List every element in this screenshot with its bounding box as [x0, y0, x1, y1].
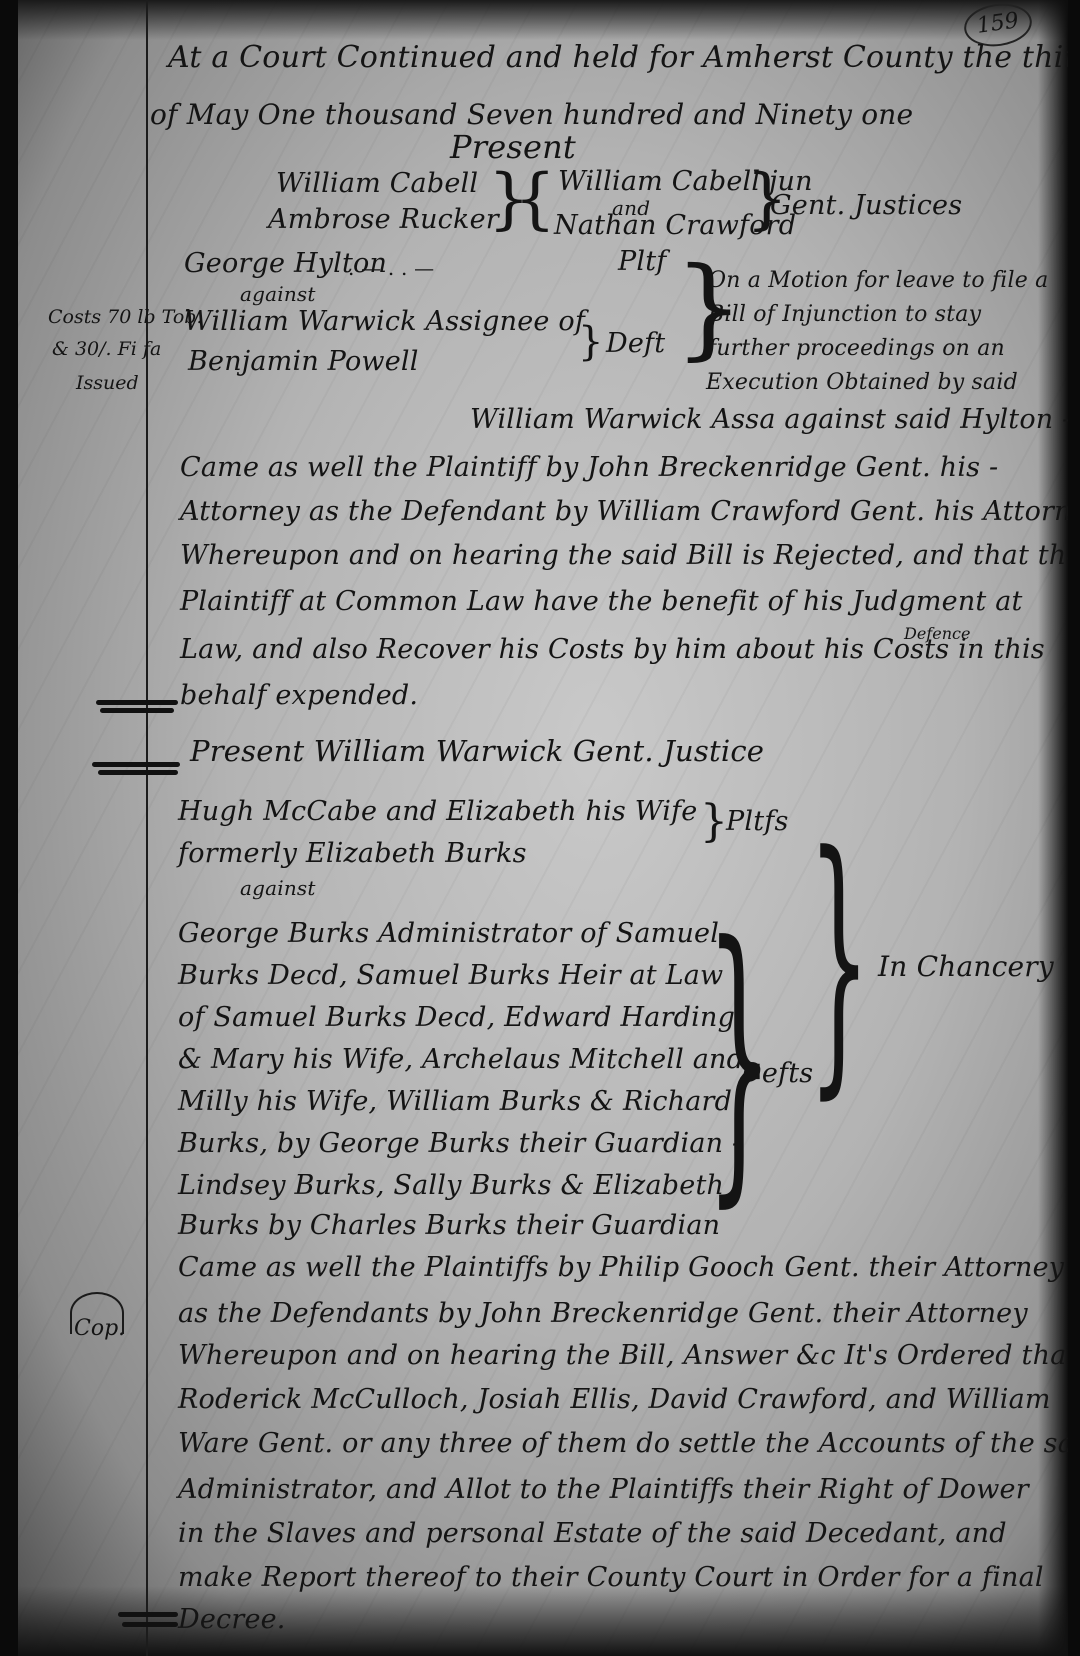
case2-plaintiff-1: Hugh McCabe and Elizabeth his Wife	[178, 796, 697, 827]
margin-note-copy-loop	[70, 1292, 124, 1334]
case2-plaintiff-label: Pltfs	[726, 806, 789, 837]
case2-body-6: Administrator, and Allot to the Plaintif…	[178, 1474, 1029, 1505]
case2-body-3: Whereupon and on hearing the Bill, Answe…	[178, 1340, 1068, 1371]
case1-body-4: Plaintiff at Common Law have the benefit…	[180, 586, 1023, 617]
case2-defendant-3: of Samuel Burks Decd, Edward Harding	[178, 1002, 735, 1033]
section-divider-2a	[92, 762, 180, 767]
case2-body-2: as the Defendants by John Breckenridge G…	[178, 1298, 1028, 1329]
case1-motion-4: Execution Obtained by said	[706, 370, 1018, 395]
scan-shadow-top	[18, 0, 1068, 40]
section-divider-1b	[100, 708, 174, 713]
case1-plaintiff-label: Pltf	[618, 246, 666, 277]
brace-case2-chancery: }	[808, 820, 870, 1100]
case1-motion-3: further proceedings on an	[708, 336, 1005, 361]
section-divider-2b	[98, 770, 178, 775]
case2-body-8: make Report thereof to their County Cour…	[178, 1562, 1044, 1593]
case2-defendant-2: Burks Decd, Samuel Burks Heir at Law	[178, 960, 723, 991]
justice-2: Ambrose Rucker	[268, 204, 499, 235]
case2-body-4: Roderick McCulloch, Josiah Ellis, David …	[178, 1384, 1051, 1415]
case1-motion-continued: William Warwick Assa against said Hylton…	[470, 404, 1068, 435]
case2-defendant-1: George Burks Administrator of Samuel	[178, 918, 719, 949]
case2-defendant-6: Burks, by George Burks their Guardian -	[178, 1128, 741, 1159]
case1-defendant-label: Deft	[606, 328, 665, 359]
case1-body-5: Law, and also Recover his Costs by him a…	[180, 634, 1045, 665]
case2-body-5: Ware Gent. or any three of them do settl…	[178, 1428, 1068, 1459]
case2-body-9: Decree.	[178, 1604, 286, 1635]
case2-defendant-label: Defts	[740, 1058, 813, 1089]
heading-line-2: of May One thousand Seven hundred and Ni…	[150, 98, 913, 131]
scan-shadow-bottom	[18, 1586, 1068, 1656]
case2-versus: against	[240, 876, 316, 900]
section-divider-1a	[96, 700, 178, 705]
present-justice-line: Present William Warwick Gent. Justice	[190, 734, 764, 768]
case1-motion-1: On a Motion for leave to file a	[708, 268, 1049, 293]
case1-body-2: Attorney as the Defendant by William Cra…	[180, 496, 1068, 527]
manuscript-page: 159 At a Court Continued and held for Am…	[18, 0, 1068, 1656]
case2-defendant-4: & Mary his Wife, Archelaus Mitchell and	[178, 1044, 744, 1075]
case2-defendant-8: Burks by Charles Burks their Guardian	[178, 1210, 720, 1241]
section-divider-3a	[118, 1612, 178, 1617]
margin-rule	[146, 0, 148, 1656]
case2-plaintiff-2: formerly Elizabeth Burks	[178, 838, 527, 869]
justices-title: Gent. Justices	[770, 190, 962, 221]
case1-body-6: behalf expended.	[180, 680, 418, 711]
brace-case1-deft: }	[578, 322, 603, 362]
margin-note-costs-2: & 30/. Fi fa	[52, 336, 161, 362]
section-divider-3b	[122, 1622, 178, 1627]
case2-defendant-7: Lindsey Burks, Sally Burks & Elizabeth	[178, 1170, 724, 1201]
brace-justices-right-open: {	[514, 166, 556, 232]
case1-motion-2: Bill of Injunction to stay	[708, 302, 981, 327]
case1-body-3: Whereupon and on hearing the said Bill i…	[180, 540, 1068, 571]
margin-note-costs-1: Costs 70 lb Tob.	[48, 304, 203, 330]
case1-defendant-2: Benjamin Powell	[188, 346, 419, 377]
court-type-in-chancery: In Chancery	[878, 950, 1054, 983]
justice-1: William Cabell	[276, 168, 478, 199]
case2-defendant-5: Milly his Wife, William Burks & Richard	[178, 1086, 732, 1117]
heading-line-1: At a Court Continued and held for Amhers…	[168, 40, 1068, 75]
case1-defendant-1: William Warwick Assignee of	[184, 306, 585, 337]
case1-body-1: Came as well the Plaintiff by John Breck…	[180, 452, 998, 483]
margin-note-costs-3: Issued	[76, 370, 139, 396]
case2-body-7: in the Slaves and personal Estate of the…	[178, 1518, 1007, 1549]
case2-body-1: Came as well the Plaintiffs by Philip Go…	[178, 1252, 1064, 1283]
brace-case2-pltfs: }	[700, 800, 728, 844]
case1-leader-dots: . — . . —	[348, 256, 434, 280]
case1-versus: against	[240, 282, 316, 306]
